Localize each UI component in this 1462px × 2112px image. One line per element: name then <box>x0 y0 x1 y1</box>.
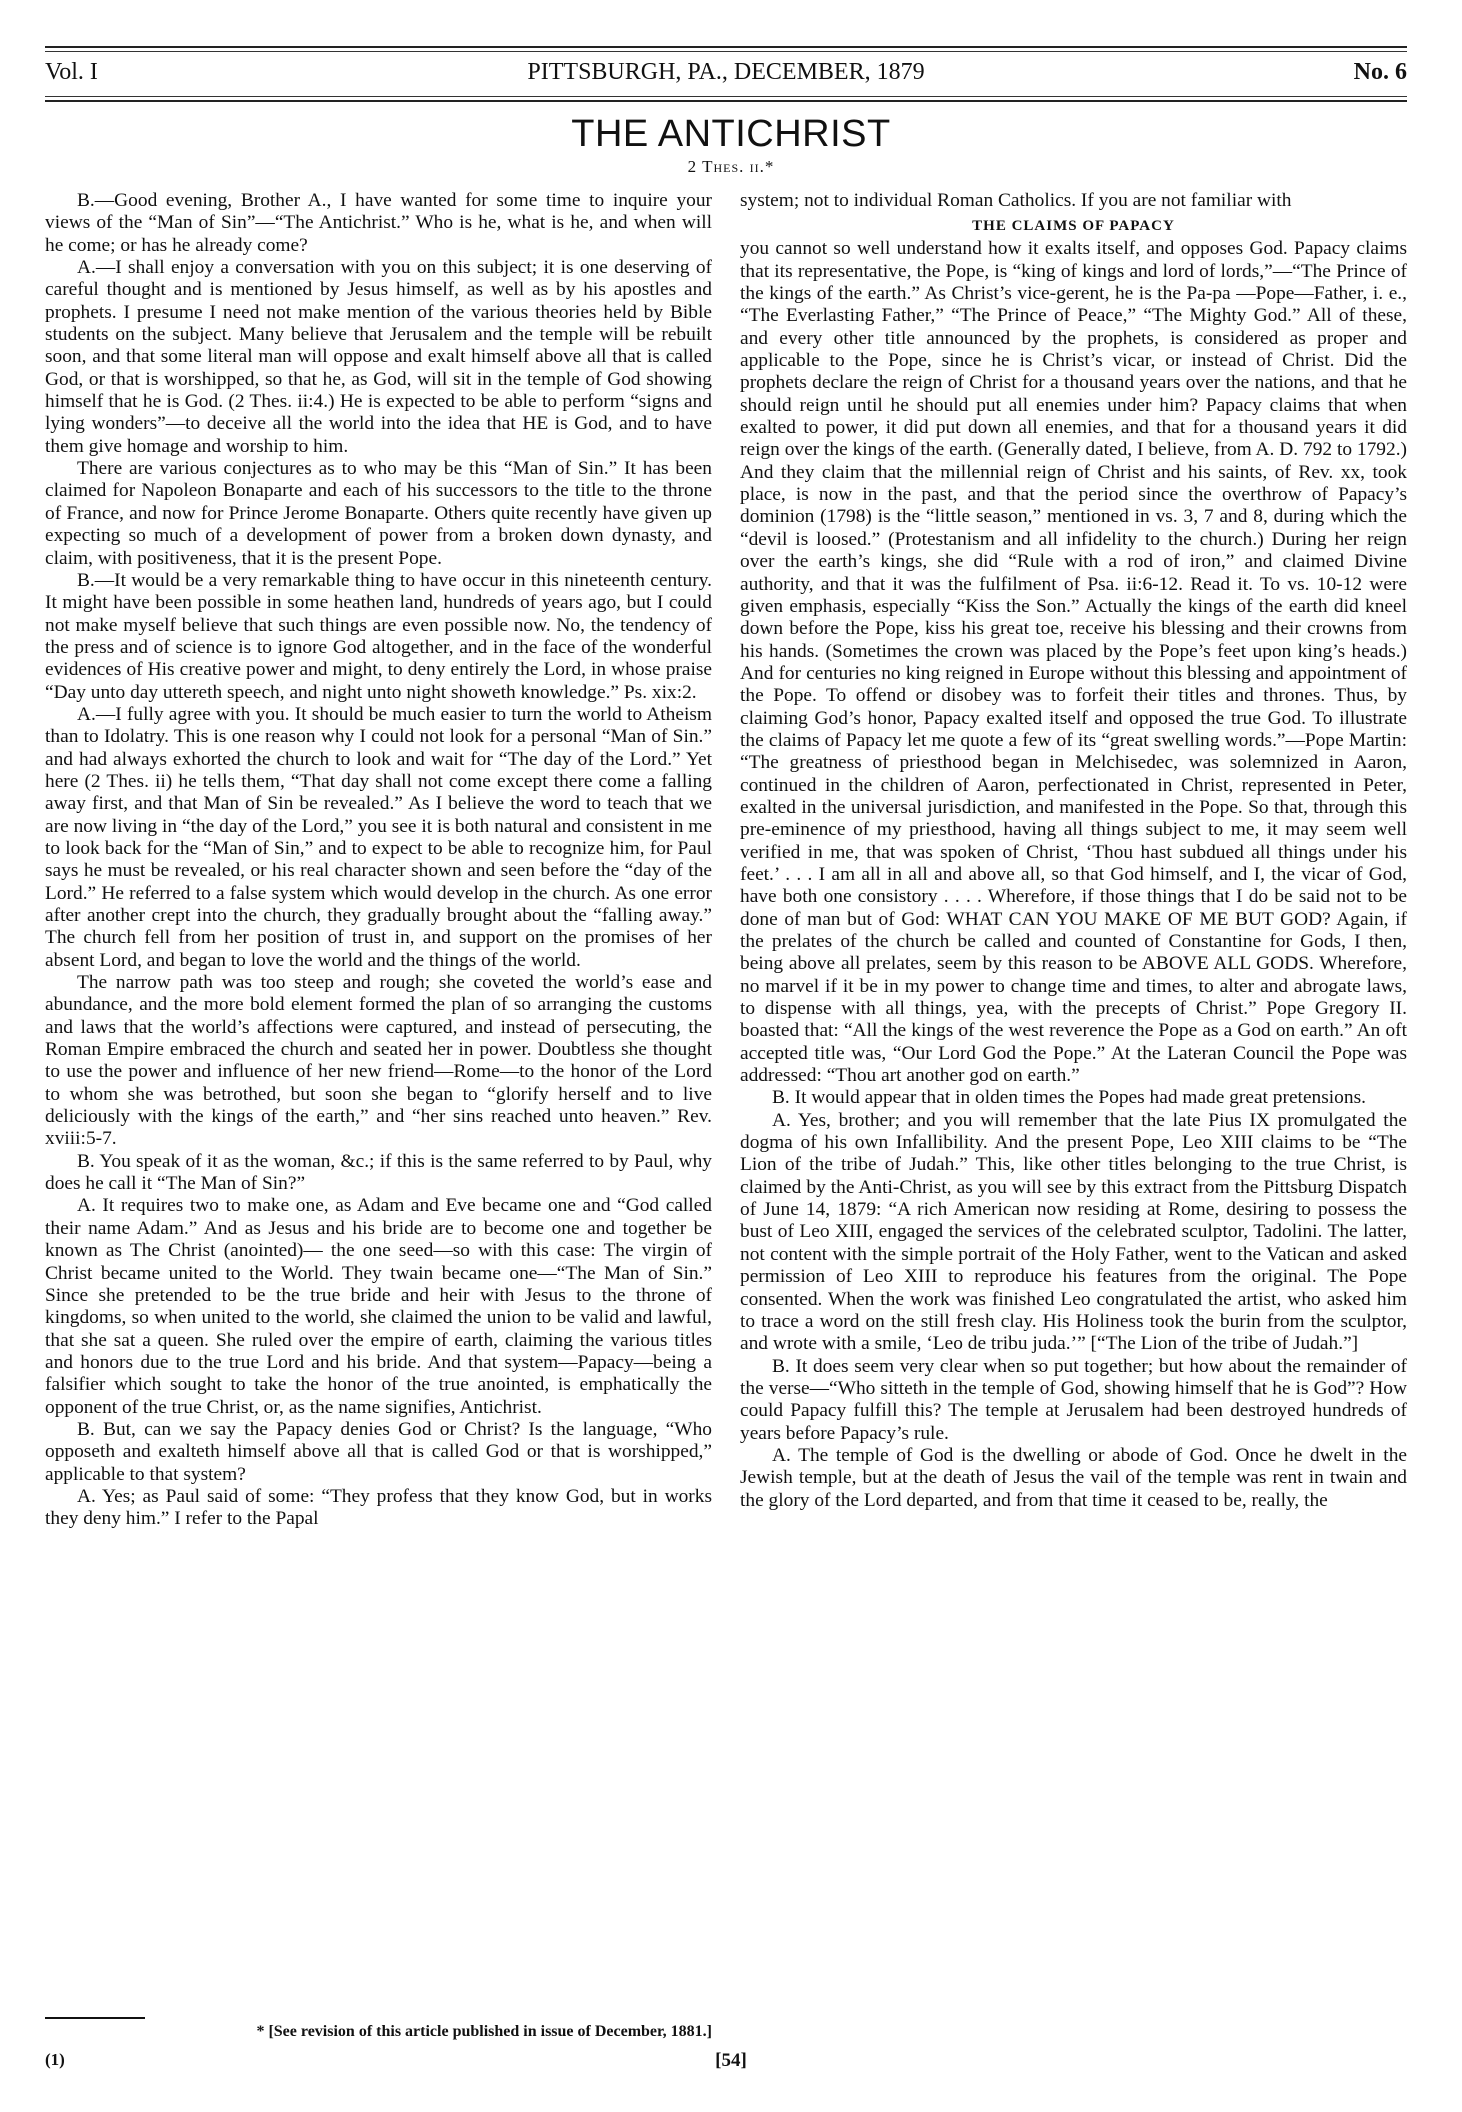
masthead-bottom-rule <box>45 100 1407 102</box>
page-number: [54] <box>0 2050 1462 2072</box>
lead-in: system; not to individual Roman Catholic… <box>740 190 1407 212</box>
paragraph: A.—I fully agree with you. It should be … <box>45 704 712 972</box>
paragraph: A. Yes; as Paul said of some: “They prof… <box>45 1486 712 1531</box>
place-date: PITTSBURGH, PA., DECEMBER, 1879 <box>45 57 1407 87</box>
paragraph: A.—I shall enjoy a conversation with you… <box>45 257 712 458</box>
paragraph: B. You speak of it as the woman, &c.; if… <box>45 1151 712 1196</box>
left-column: B.—Good evening, Brother A., I have want… <box>45 190 712 1531</box>
paragraph: A. The temple of God is the dwelling or … <box>740 1445 1407 1512</box>
masthead-top-rule <box>45 46 1407 48</box>
right-column: system; not to individual Roman Catholic… <box>740 190 1407 1512</box>
paragraph: B. But, can we say the Papacy denies God… <box>45 1419 712 1486</box>
paragraph: you cannot so well understand how it exa… <box>740 238 1407 1087</box>
paragraph: A. It requires two to make one, as Adam … <box>45 1195 712 1418</box>
masthead: Vol. I PITTSBURGH, PA., DECEMBER, 1879 N… <box>45 57 1407 87</box>
paragraph: B.—Good evening, Brother A., I have want… <box>45 190 712 257</box>
article-title: THE ANTICHRIST <box>0 112 1462 156</box>
paragraph: B. It would appear that in olden times t… <box>740 1087 1407 1109</box>
paragraph: There are various conjectures as to who … <box>45 458 712 570</box>
footnote-rule <box>45 2017 145 2019</box>
paragraph: B.—It would be a very remarkable thing t… <box>45 570 712 704</box>
section-heading: THE CLAIMS OF PAPACY <box>740 216 1407 236</box>
paragraph: B. It does seem very clear when so put t… <box>740 1356 1407 1445</box>
masthead-bottom-rule-inner <box>45 96 1407 97</box>
issue-number: No. 6 <box>1354 57 1407 87</box>
footnote: * [See revision of this article publishe… <box>45 2022 712 2042</box>
masthead-top-rule-inner <box>45 51 1407 52</box>
paragraph: The narrow path was too steep and rough;… <box>45 972 712 1151</box>
paragraph: A. Yes, brother; and you will remember t… <box>740 1110 1407 1356</box>
article-subtitle: 2 Thes. ii.* <box>0 157 1462 177</box>
